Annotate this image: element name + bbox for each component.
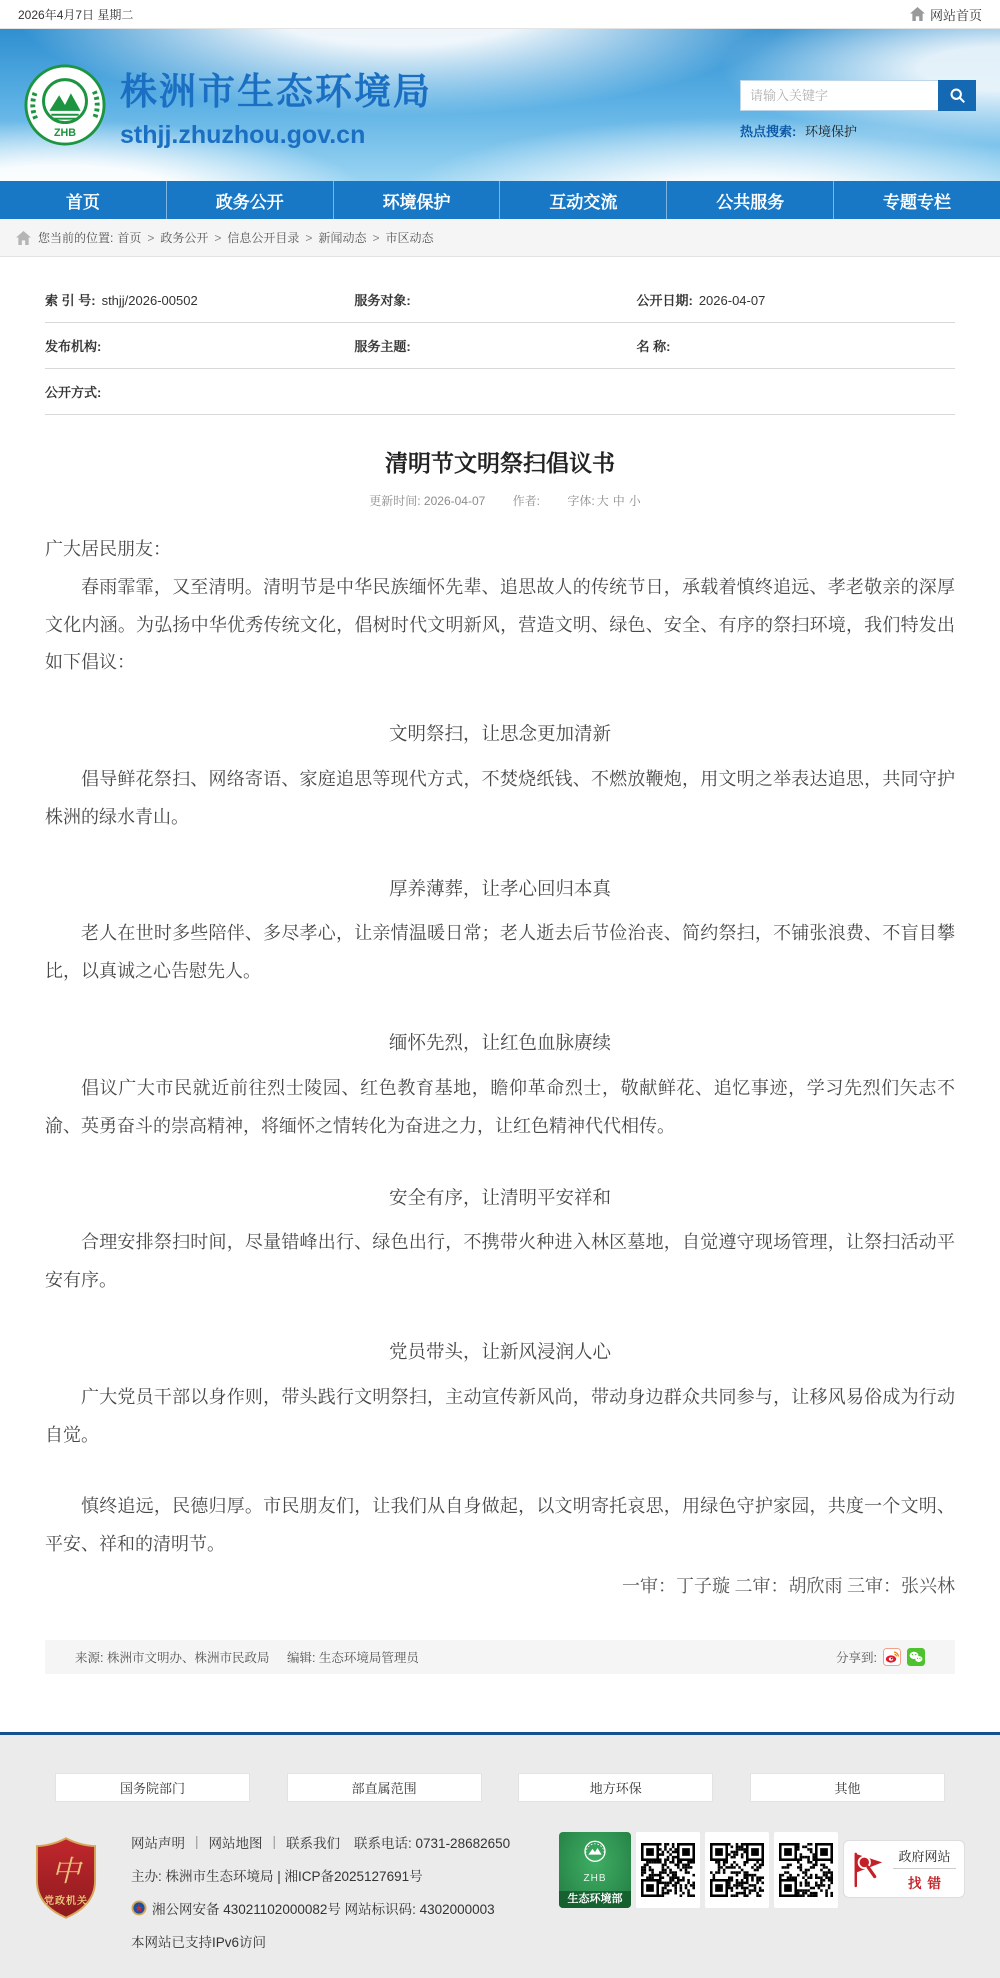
closing-paragraph: 慎终追远，民德归厚。市民朋友们，让我们从自身做起，以文明寄托哀思，用绿色守护家园… (45, 1488, 955, 1564)
section-heading-3: 缅怀先烈，让红色血脉赓续 (45, 1025, 955, 1064)
link-select-state-council[interactable]: 国务院部门 (55, 1773, 250, 1802)
logo-zhb-text: ZHB (54, 127, 76, 139)
name-label: 名 称: (636, 339, 670, 354)
section-body-3: 倡议广大市民就近前往烈士陵园、红色教育基地，瞻仰革命烈士，敬献鲜花、追忆事迹，学… (45, 1070, 955, 1146)
police-badge-icon (131, 1900, 147, 1916)
font-size-large[interactable]: 大 (597, 494, 609, 508)
divider: | (195, 1834, 199, 1849)
editor-text: 编辑: 生态环境局管理员 (287, 1651, 419, 1665)
section-heading-4: 安全有序，让清明平安祥和 (45, 1180, 955, 1219)
footer-link-sitemap[interactable]: 网站地图 (209, 1832, 263, 1852)
party-gov-badge[interactable]: 中 党政机关 (35, 1836, 97, 1920)
footer-link-contact[interactable]: 联系我们 (286, 1832, 340, 1852)
shield-icon: 中 (35, 1836, 97, 1920)
site-footer: 国务院部门 部直属范围 地方环保 其他 中 党政机关 网站声明 | 网站地图 (0, 1732, 1000, 1978)
page-title: 清明节文明祭扫倡议书 (45, 445, 955, 478)
mee-emblem-icon (580, 1838, 610, 1868)
breadcrumb-home-icon (16, 231, 31, 245)
breadcrumb-separator: > (147, 231, 154, 245)
share-label: 分享到: (836, 1648, 877, 1666)
section-body-5: 广大党员干部以身作则，带头践行文明祭扫，主动宣传新风尚，带动身边群众共同参与，让… (45, 1379, 955, 1455)
search-icon (949, 87, 966, 104)
section-body-2: 老人在世时多些陪伴、多尽孝心，让亲情温暖日常；老人逝去后节俭治丧、简约祭扫，不铺… (45, 915, 955, 991)
mee-label: 生态环境部 (559, 1891, 631, 1908)
document-meta-table: 索 引 号:sthjj/2026-00502 服务对象: 公开日期:2026-0… (45, 277, 955, 415)
gov-site-error-report-button[interactable]: 政府网站 找错 (843, 1840, 965, 1898)
breadcrumb-item-home[interactable]: 首页 (117, 229, 141, 246)
site-url: sthjj.zhuzhou.gov.cn (120, 121, 432, 150)
security-record-line: 湘公网安备 43021102000082号 网站标识码: 4302000003 (152, 1898, 495, 1918)
breadcrumb-prefix: 您当前的位置: (38, 229, 113, 246)
source-editor-text: 来源: 株洲市文明办、株洲市民政局 编辑: 生态环境局管理员 (75, 1648, 419, 1666)
mee-zhb-text: ZHB (559, 1873, 631, 1884)
reviewers-line: 一审：丁子璇 二审：胡欣雨 三审：张兴林 (45, 1568, 955, 1606)
link-select-local-epa[interactable]: 地方环保 (518, 1773, 713, 1802)
article-meta-line: 更新时间: 2026-04-07 作者: 字体:大中小 (45, 492, 955, 509)
publish-date-value: 2026-04-07 (699, 293, 766, 308)
breadcrumb-item-news[interactable]: 新闻动态 (318, 229, 366, 246)
search-button[interactable] (938, 80, 976, 111)
nav-item-environment[interactable]: 环境保护 (333, 181, 500, 219)
home-link-label: 网站首页 (930, 5, 982, 24)
friendly-link-selectors: 国务院部门 部直属范围 地方环保 其他 (0, 1735, 1000, 1802)
report-line1: 政府网站 (893, 1846, 956, 1869)
qr-code (705, 1832, 769, 1908)
main-content: 索 引 号:sthjj/2026-00502 服务对象: 公开日期:2026-0… (0, 257, 1000, 1674)
breadcrumb-item-gov-info[interactable]: 政务公开 (160, 229, 208, 246)
main-nav: 首页 政务公开 环境保护 互动交流 公共服务 专题专栏 (0, 181, 1000, 219)
service-topic-label: 服务主题: (354, 339, 410, 354)
nav-item-public-service[interactable]: 公共服务 (666, 181, 833, 219)
host-icp-line: 主办: 株洲市生态环境局 | 湘ICP备2025127691号 (131, 1865, 510, 1885)
source-text: 来源: 株洲市文明办、株洲市民政局 (75, 1651, 269, 1665)
contact-phone: 联系电话: 0731-28682650 (354, 1832, 510, 1852)
report-line2: 找错 (893, 1869, 956, 1892)
nav-item-interaction[interactable]: 互动交流 (499, 181, 666, 219)
section-body-4: 合理安排祭扫时间，尽量错峰出行、绿色出行，不携带火种进入林区墓地，自觉遵守现场管… (45, 1224, 955, 1300)
weibo-share-icon[interactable] (883, 1648, 901, 1666)
error-report-flag-icon (852, 1850, 886, 1888)
table-row: 索 引 号:sthjj/2026-00502 服务对象: 公开日期:2026-0… (45, 277, 955, 323)
breadcrumb: 您当前的位置: 首页 > 政务公开 > 信息公开目录 > 新闻动态 > 市区动态 (0, 219, 1000, 257)
table-row: 发布机构: 服务主题: 名 称: (45, 323, 955, 369)
update-time: 更新时间: 2026-04-07 (369, 494, 485, 508)
font-size-small[interactable]: 小 (629, 494, 641, 508)
link-select-ministry-units[interactable]: 部直属范围 (287, 1773, 482, 1802)
ipv6-line: 本网站已支持IPv6访问 (131, 1931, 510, 1951)
search-area: 热点搜索: 环境保护 (740, 80, 976, 140)
site-name: 株洲市生态环境局 (120, 61, 432, 115)
breadcrumb-item-district-news[interactable]: 市区动态 (385, 229, 433, 246)
bureau-logo: ZHB (24, 64, 106, 146)
breadcrumb-separator: > (305, 231, 312, 245)
breadcrumb-item-info-catalog[interactable]: 信息公开目录 (227, 229, 299, 246)
source-bar: 来源: 株洲市文明办、株洲市民政局 编辑: 生态环境局管理员 分享到: (45, 1640, 955, 1674)
section-heading-5: 党员带头，让新风浸润人心 (45, 1334, 955, 1373)
section-heading-2: 厚养薄葬，让孝心回归本真 (45, 871, 955, 910)
badge-label: 党政机关 (35, 1892, 97, 1907)
index-number-value: sthjj/2026-00502 (102, 293, 198, 308)
nav-item-special-columns[interactable]: 专题专栏 (833, 181, 1000, 219)
mee-logo-tile[interactable]: ZHB 生态环境部 (559, 1832, 631, 1908)
home-icon (910, 7, 925, 21)
publisher-label: 发布机构: (45, 339, 101, 354)
article-body: 广大居民朋友： 春雨霏霏，又至清明。清明节是中华民族缅怀先辈、追思故人的传统节日… (45, 531, 955, 1606)
site-header: ZHB 株洲市生态环境局 sthjj.zhuzhou.gov.cn 热点搜索: … (0, 29, 1000, 181)
intro-paragraph: 春雨霏霏，又至清明。清明节是中华民族缅怀先辈、追思故人的传统节日，承载着慎终追远… (45, 569, 955, 682)
link-select-others[interactable]: 其他 (750, 1773, 945, 1802)
section-heading-1: 文明祭扫，让思念更加清新 (45, 716, 955, 755)
nav-item-home[interactable]: 首页 (0, 181, 166, 219)
breadcrumb-separator: > (372, 231, 379, 245)
salutation: 广大居民朋友： (45, 531, 955, 569)
section-body-1: 倡导鲜花祭扫、网络寄语、家庭追思等现代方式，不焚烧纸钱、不燃放鞭炮，用文明之举表… (45, 761, 955, 837)
nav-item-gov-info[interactable]: 政务公开 (166, 181, 333, 219)
home-link[interactable]: 网站首页 (910, 5, 982, 24)
publish-date-label: 公开日期: (636, 293, 692, 308)
footer-link-statement[interactable]: 网站声明 (131, 1832, 185, 1852)
svg-text:中: 中 (51, 1856, 83, 1888)
font-size-label: 字体: (567, 494, 594, 508)
qr-code (636, 1832, 700, 1908)
divider: | (273, 1834, 277, 1849)
search-input[interactable] (740, 80, 938, 111)
hot-search-label: 热点搜索: (740, 124, 796, 139)
font-size-medium[interactable]: 中 (613, 494, 625, 508)
index-number-label: 索 引 号: (45, 293, 96, 308)
author-label: 作者: (513, 494, 540, 508)
hot-search-keyword[interactable]: 环境保护 (805, 124, 857, 139)
publicity-method-label: 公开方式: (45, 385, 101, 400)
qr-code (774, 1832, 838, 1908)
breadcrumb-separator: > (214, 231, 221, 245)
current-date: 2026年4月7日 星期二 (18, 6, 133, 23)
table-row: 公开方式: (45, 369, 955, 415)
top-utility-bar: 2026年4月7日 星期二 网站首页 (0, 0, 1000, 29)
service-object-label: 服务对象: (354, 293, 410, 308)
wechat-share-icon[interactable] (907, 1648, 925, 1666)
